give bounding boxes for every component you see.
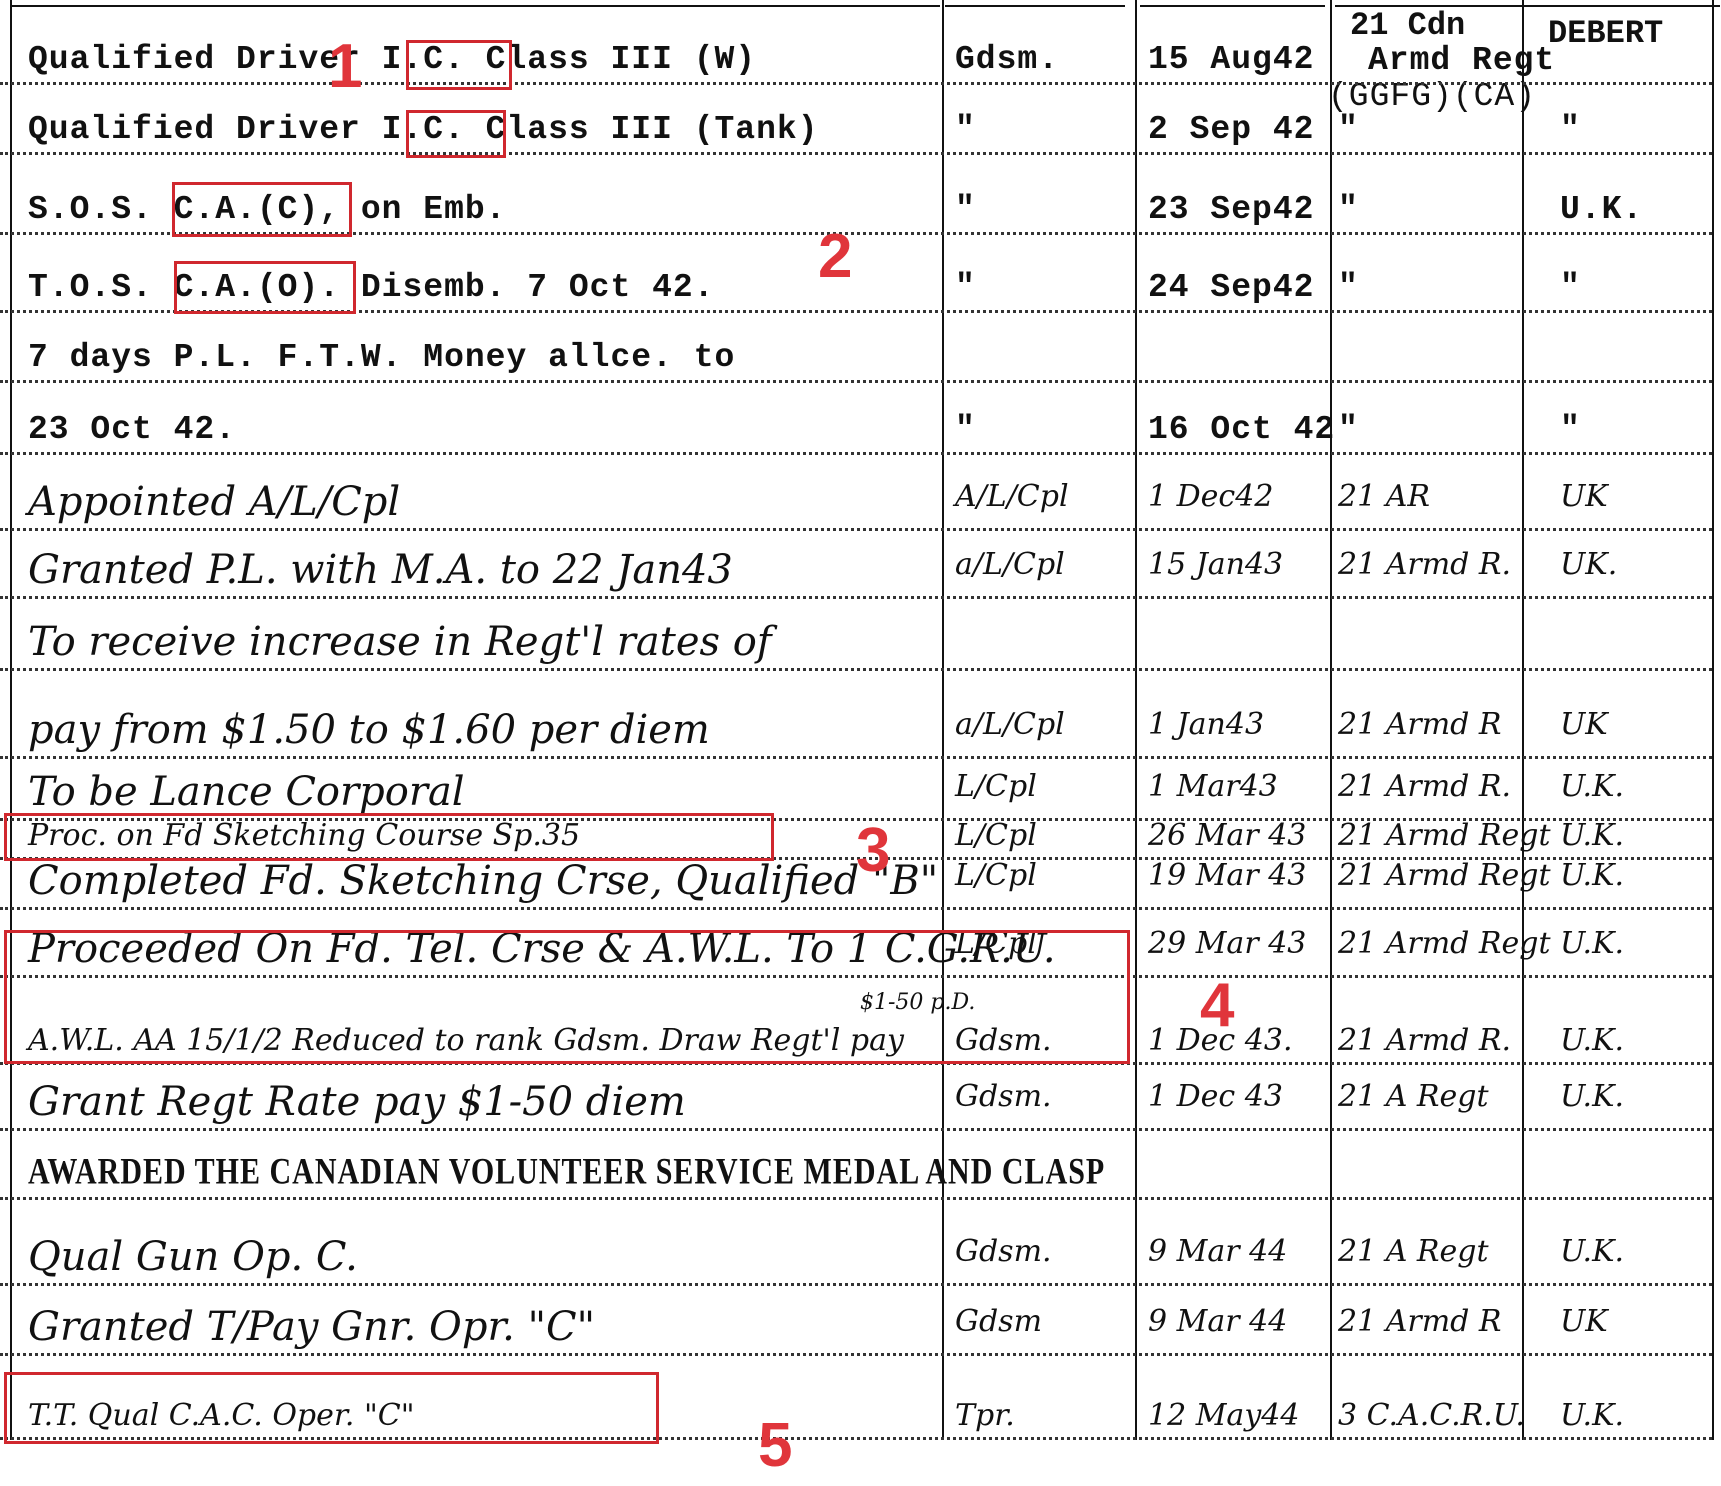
annotation-box-2a — [172, 182, 352, 237]
entry-unit: 21 AR — [1338, 482, 1430, 512]
entry-date: 15 Aug42 — [1148, 43, 1314, 76]
annotation-box-1b — [406, 110, 506, 158]
column-rule — [1330, 0, 1332, 1440]
entry-unit: 21 Armd Regt — [1338, 861, 1551, 891]
entry-date: 1 Dec42 — [1148, 482, 1273, 512]
entry-unit: 21 Armd Regt — [1338, 821, 1551, 851]
entry-rank: Gdsm. — [955, 43, 1059, 76]
entry-place: " — [1560, 271, 1581, 304]
entry-date: 16 Oct 42 — [1148, 413, 1335, 446]
dotted-rule — [0, 907, 1712, 910]
entry-date: 19 Mar 43 — [1148, 861, 1306, 891]
entry-place: " — [1560, 413, 1581, 446]
entry-rank: L/Cpl — [955, 772, 1037, 802]
entry-place: U.K. — [1560, 1401, 1624, 1431]
dotted-rule — [0, 756, 1712, 759]
entry-rank: L/Cpl — [955, 821, 1037, 851]
entry-date: 12 May44 — [1148, 1401, 1299, 1431]
entry-rank: " — [955, 271, 976, 304]
entry-text: To be Lance Corporal — [28, 772, 465, 812]
entry-place: U.K. — [1560, 861, 1624, 891]
top-rule — [1140, 5, 1325, 7]
entry-place: UK — [1560, 482, 1608, 512]
entry-date: 2 Sep 42 — [1148, 113, 1314, 146]
dotted-rule — [0, 596, 1712, 599]
entry-rank: Gdsm. — [955, 1237, 1052, 1267]
annotation-box-3 — [4, 813, 774, 861]
annotation-box-5 — [4, 1372, 659, 1444]
column-rule — [1135, 0, 1137, 1440]
entry-place: U.K. — [1560, 1082, 1624, 1112]
dotted-rule — [0, 1197, 1712, 1200]
entry-rank: L/Cpl — [955, 861, 1037, 891]
column-rule — [1522, 0, 1524, 1440]
dotted-rule — [0, 528, 1712, 531]
entry-date: 1 Dec 43 — [1148, 1082, 1283, 1112]
entry-place: U.K. — [1560, 929, 1624, 959]
entry-place: U.K. — [1560, 772, 1624, 802]
top-rule — [10, 5, 940, 7]
entry-date: 24 Sep42 — [1148, 271, 1314, 304]
entry-unit: 21 Armd R — [1338, 710, 1502, 740]
entry-rank: " — [955, 413, 976, 446]
entry-text: Appointed A/L/Cpl — [28, 482, 400, 522]
entry-date: 15 Jan43 — [1148, 550, 1283, 580]
service-record-sheet: 21 Cdn Armd Regt (GGFG)(CA) DEBERT Quali… — [0, 0, 1721, 1486]
entry-text: 23 Oct 42. — [28, 413, 236, 446]
entry-rank: Gdsm. — [955, 1082, 1052, 1112]
annotation-box-4 — [4, 930, 1130, 1064]
annotation-marker-3: 3 — [856, 820, 890, 882]
entry-rank: Gdsm — [955, 1307, 1042, 1337]
header-unit-line2: Armd Regt — [1368, 44, 1555, 77]
dotted-rule — [0, 1283, 1712, 1286]
entry-date: 9 Mar 44 — [1148, 1307, 1287, 1337]
entry-text: Completed Fd. Sketching Crse, Qualified … — [28, 861, 938, 901]
entry-rank: Tpr. — [955, 1401, 1015, 1431]
entry-place: UK. — [1560, 550, 1617, 580]
entry-unit: " — [1338, 193, 1359, 226]
entry-text: 7 days P.L. F.T.W. Money allce. to — [28, 341, 735, 374]
column-rule — [10, 0, 12, 1440]
entry-place: U.K. — [1560, 1026, 1624, 1056]
dotted-rule — [0, 82, 1712, 85]
entry-date: 26 Mar 43 — [1148, 821, 1306, 851]
entry-text: pay from $1.50 to $1.60 per diem — [28, 710, 710, 750]
entry-place: U.K. — [1560, 821, 1624, 851]
entry-unit: 21 Armd R — [1338, 1307, 1502, 1337]
annotation-marker-5: 5 — [758, 1415, 792, 1477]
top-rule — [945, 5, 1125, 7]
column-rule — [942, 0, 944, 1440]
entry-unit: 3 C.A.C.R.U. — [1338, 1401, 1525, 1431]
entry-unit: " — [1338, 113, 1359, 146]
entry-text: T.O.S. C.A.(O). Disemb. 7 Oct 42. — [28, 271, 715, 304]
entry-unit: 21 Armd R. — [1338, 1026, 1511, 1056]
annotation-box-1a — [406, 40, 512, 90]
entry-rank: " — [955, 113, 976, 146]
entry-text: Qualified Driver I.C. Class III (W) — [28, 43, 756, 76]
entry-text: Grant Regt Rate pay $1-50 diem — [28, 1082, 686, 1122]
dotted-rule — [0, 1353, 1712, 1356]
entry-date: 29 Mar 43 — [1148, 929, 1306, 959]
entry-date: 1 Mar43 — [1148, 772, 1278, 802]
entry-text: AWARDED THE CANADIAN VOLUNTEER SERVICE M… — [28, 1154, 1105, 1192]
entry-unit: 21 A Regt — [1338, 1237, 1489, 1267]
dotted-rule — [0, 668, 1712, 671]
annotation-box-2b — [174, 261, 356, 314]
entry-text: Qual Gun Op. C. — [28, 1237, 358, 1277]
annotation-marker-1: 1 — [328, 36, 362, 98]
entry-date: 1 Jan43 — [1148, 710, 1264, 740]
annotation-marker-2: 2 — [818, 226, 852, 288]
entry-date: 9 Mar 44 — [1148, 1237, 1287, 1267]
dotted-rule — [0, 152, 1712, 155]
entry-unit: 21 A Regt — [1338, 1082, 1489, 1112]
column-rule — [1712, 0, 1714, 1440]
dotted-rule — [0, 380, 1712, 383]
entry-rank: a/L/Cpl — [955, 710, 1065, 740]
entry-place: UK — [1560, 710, 1608, 740]
entry-unit: 21 Armd R. — [1338, 772, 1511, 802]
entry-unit: " — [1338, 271, 1359, 304]
entry-unit: " — [1338, 413, 1359, 446]
entry-place: " — [1560, 113, 1581, 146]
entry-rank: A/L/Cpl — [955, 482, 1069, 512]
header-location: DEBERT — [1548, 18, 1663, 50]
entry-place: U.K. — [1560, 1237, 1624, 1267]
dotted-rule — [0, 1128, 1712, 1131]
entry-text: To receive increase in Regt'l rates of — [28, 622, 772, 662]
header-unit-line1: 21 Cdn — [1350, 10, 1465, 42]
entry-unit: 21 Armd R. — [1338, 550, 1511, 580]
entry-unit: 21 Armd Regt — [1338, 929, 1551, 959]
entry-text: Granted T/Pay Gnr. Opr. "C" — [28, 1307, 595, 1347]
annotation-marker-4: 4 — [1200, 975, 1234, 1037]
dotted-rule — [0, 452, 1712, 455]
entry-place: UK — [1560, 1307, 1608, 1337]
entry-rank: a/L/Cpl — [955, 550, 1065, 580]
entry-place: U.K. — [1560, 193, 1643, 226]
entry-text: Granted P.L. with M.A. to 22 Jan43 — [28, 550, 733, 590]
entry-date: 23 Sep42 — [1148, 193, 1314, 226]
entry-rank: " — [955, 193, 976, 226]
